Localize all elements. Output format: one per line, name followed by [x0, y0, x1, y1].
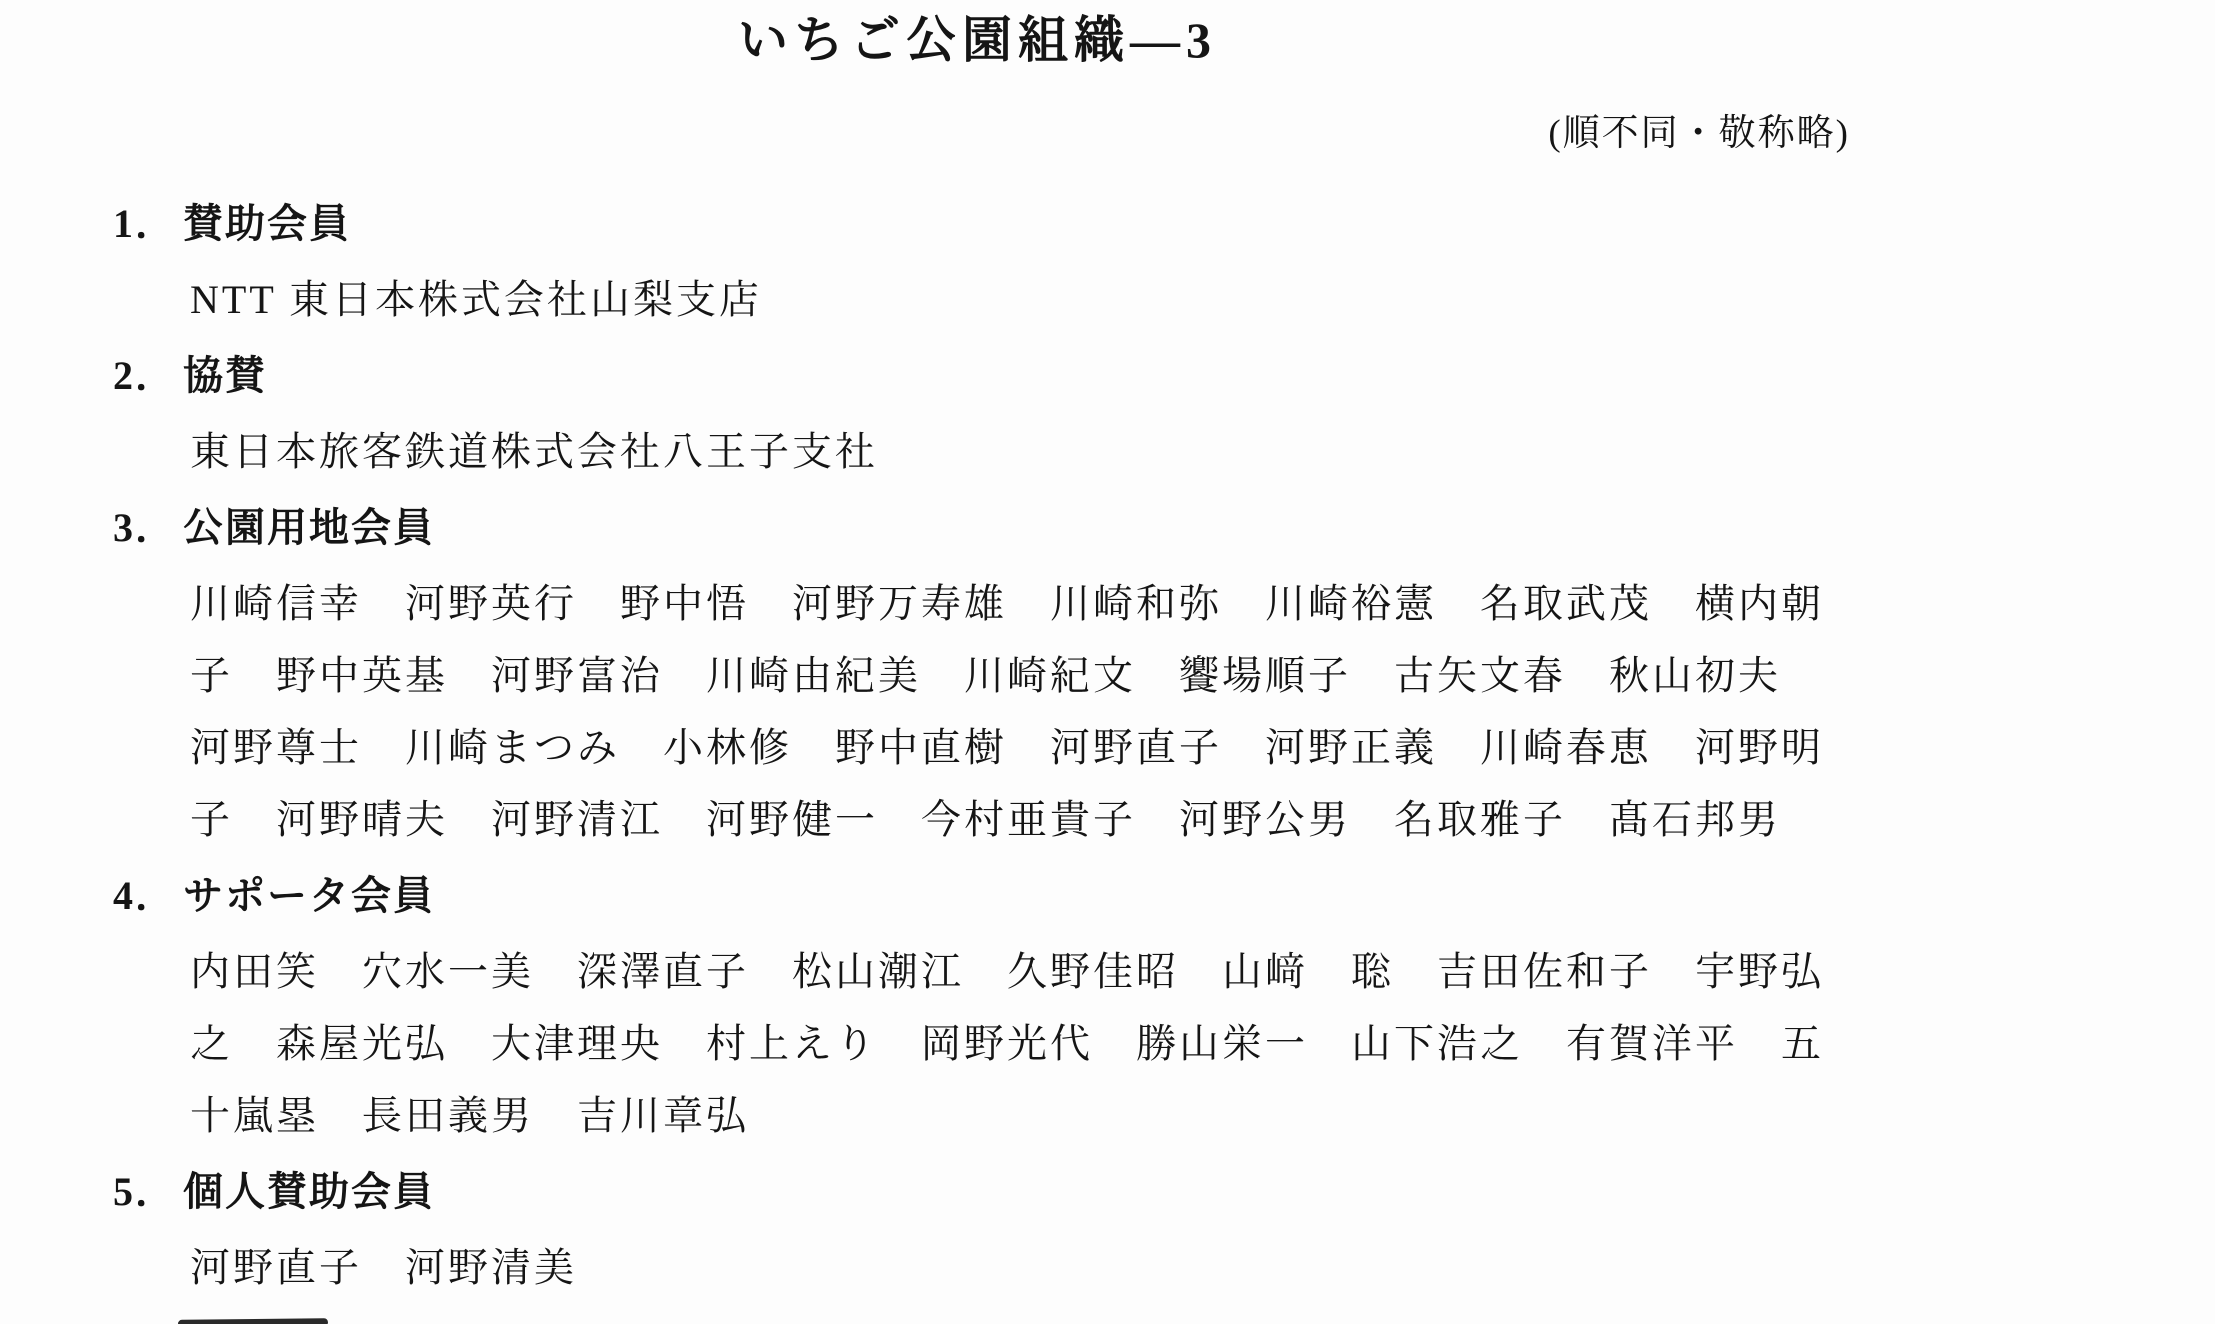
section-2-label: 協賛	[183, 354, 267, 398]
section-3-line-2: 子 野中英基 河野富治 川崎由紀美 川崎紀文 饗場順子 古矢文春 秋山初夫	[0, 640, 2215, 712]
scanned-document-page: いちご公園組織―3 (順不同・敬称略) 1．賛助会員 NTT 東日本株式会社山梨…	[0, 0, 2215, 1324]
scan-edge-artifact	[178, 1318, 328, 1324]
section-4-line-2: 之 森屋光弘 大津理央 村上えり 岡野光代 勝山栄一 山下浩之 有賀洋平 五	[0, 1008, 2215, 1080]
section-4-number: 4．	[113, 873, 177, 918]
section-3-label: 公園用地会員	[183, 506, 435, 550]
section-4-line-3: 十嵐塁 長田義男 吉川章弘	[0, 1080, 2215, 1152]
section-3-line-1: 川崎信幸 河野英行 野中悟 河野万寿雄 川崎和弥 川崎裕憲 名取武茂 横内朝	[0, 568, 2215, 640]
section-5-label: 個人賛助会員	[183, 1170, 435, 1214]
section-3-heading: 3．公園用地会員	[0, 488, 2215, 568]
note-row: (順不同・敬称略)	[0, 108, 2215, 160]
section-5-heading: 5．個人賛助会員	[0, 1152, 2215, 1232]
section-4-heading: 4．サポータ会員	[0, 856, 2215, 936]
section-3-number: 3．	[113, 505, 177, 550]
section-2-line-1: 東日本旅客鉄道株式会社八王子支社	[0, 416, 2215, 488]
section-4-label: サポータ会員	[183, 874, 435, 918]
section-1-label: 賛助会員	[183, 202, 351, 246]
section-2-number: 2．	[113, 353, 177, 398]
section-1-line-1: NTT 東日本株式会社山梨支店	[0, 264, 2215, 336]
document-body: 1．賛助会員 NTT 東日本株式会社山梨支店 2．協賛 東日本旅客鉄道株式会社八…	[0, 184, 2215, 1304]
section-2-heading: 2．協賛	[0, 336, 2215, 416]
section-5-line-1: 河野直子 河野清美	[0, 1232, 2215, 1304]
order-disclaimer-note: (順不同・敬称略)	[1548, 113, 1850, 154]
section-4-line-1: 内田笑 穴水一美 深澤直子 松山潮江 久野佳昭 山﨑 聡 吉田佐和子 宇野弘	[0, 936, 2215, 1008]
section-1-number: 1．	[113, 201, 177, 246]
section-5-number: 5．	[113, 1169, 177, 1214]
section-1-heading: 1．賛助会員	[0, 184, 2215, 264]
section-3-line-3: 河野尊士 川崎まつみ 小林修 野中直樹 河野直子 河野正義 川崎春恵 河野明	[0, 712, 2215, 784]
page-title: いちご公園組織―3	[0, 0, 2215, 70]
section-3-line-4: 子 河野晴夫 河野清江 河野健一 今村亜貴子 河野公男 名取雅子 髙石邦男	[0, 784, 2215, 856]
